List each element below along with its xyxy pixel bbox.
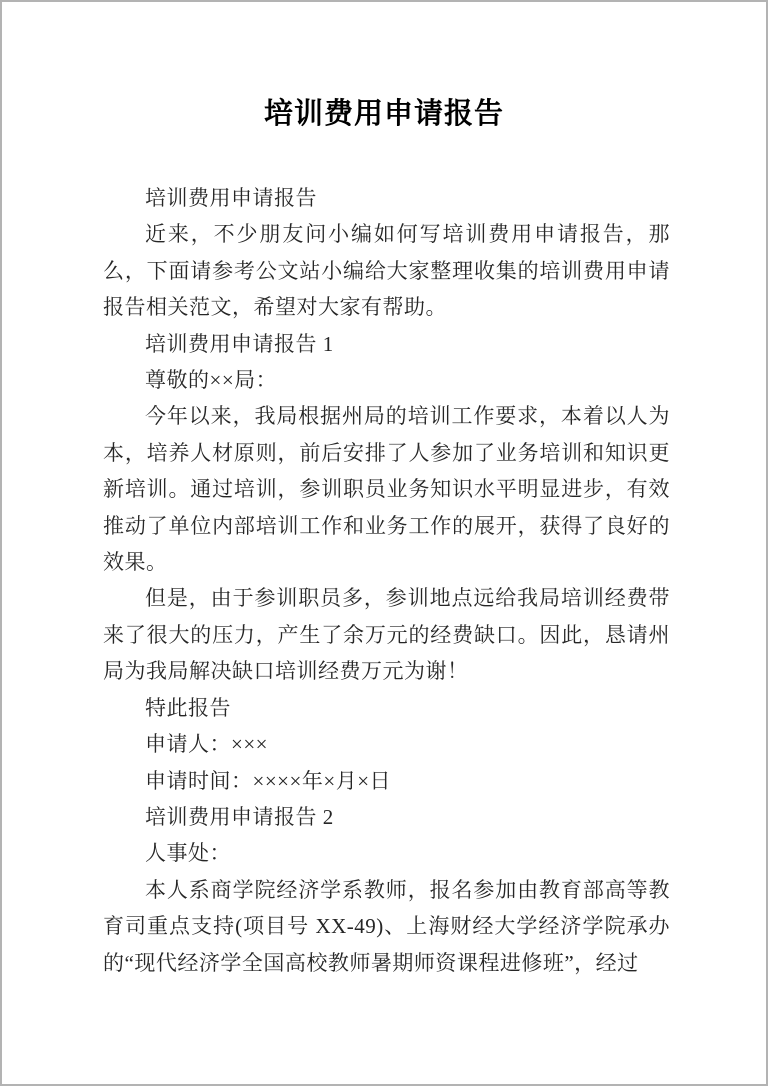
paragraph-body-2: 但是，由于参训职员多，参训地点远给我局培训经费带来了很大的压力，产生了余万元的经… xyxy=(103,580,670,689)
document-title: 培训费用申请报告 xyxy=(2,94,766,134)
paragraph-heading-repeat: 培训费用申请报告 xyxy=(103,180,670,216)
paragraph-applicant: 申请人：××× xyxy=(103,726,670,762)
document-body: 培训费用申请报告 近来，不少朋友问小编如何写培训费用申请报告，那么，下面请参考公… xyxy=(103,180,670,981)
paragraph-salutation-2: 人事处： xyxy=(103,835,670,871)
document-page: 培训费用申请报告 培训费用申请报告 近来，不少朋友问小编如何写培训费用申请报告，… xyxy=(0,0,768,1086)
paragraph-intro: 近来，不少朋友问小编如何写培训费用申请报告，那么，下面请参考公文站小编给大家整理… xyxy=(103,216,670,325)
paragraph-body-1: 今年以来，我局根据州局的培训工作要求，本着以人为本，培养人材原则，前后安排了人参… xyxy=(103,398,670,580)
paragraph-section-2-title: 培训费用申请报告 2 xyxy=(103,799,670,835)
paragraph-closing: 特此报告 xyxy=(103,690,670,726)
paragraph-application-date: 申请时间：××××年×月×日 xyxy=(103,763,670,799)
paragraph-salutation-1: 尊敬的××局： xyxy=(103,362,670,398)
paragraph-body-3: 本人系商学院经济学系教师，报名参加由教育部高等教育司重点支持(项目号 XX-49… xyxy=(103,872,670,981)
paragraph-section-1-title: 培训费用申请报告 1 xyxy=(103,326,670,362)
